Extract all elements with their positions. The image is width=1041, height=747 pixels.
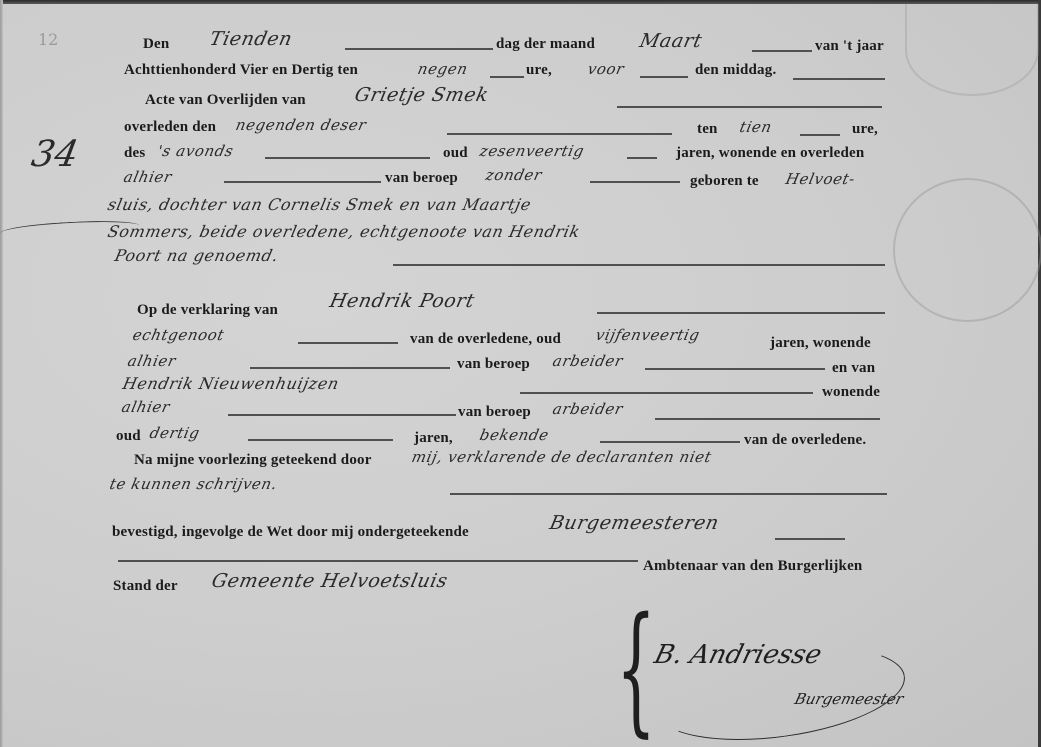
fill-line xyxy=(800,134,840,136)
entry-death-date: negenden deser xyxy=(234,116,368,134)
entry-residence: alhier xyxy=(122,168,174,186)
label-wonende: wonende xyxy=(822,384,880,401)
margin-faint-mark: 12 xyxy=(38,30,58,49)
label-jaren-2: jaren, xyxy=(414,430,453,447)
entry-time-of-day: voor xyxy=(586,60,626,78)
label-van-beroep: van beroep xyxy=(385,170,458,187)
fill-line xyxy=(248,439,393,441)
fill-line xyxy=(617,106,882,108)
label-ure-2: ure, xyxy=(852,121,878,138)
entry-occupation: zonder xyxy=(484,166,544,184)
entry-declarant-1-age: vijfenveertig xyxy=(594,326,701,344)
entry-hour: negen xyxy=(416,60,470,78)
scanned-death-record: 12 34 Den Tienden dag der maand Maart va… xyxy=(0,0,1041,747)
label-den-middag: den middag. xyxy=(695,62,776,79)
entry-day: Tienden xyxy=(208,28,295,50)
fill-line xyxy=(224,181,381,183)
label-van-t-jaar: van 't jaar xyxy=(815,38,884,55)
fill-line xyxy=(752,50,812,52)
fill-line xyxy=(600,441,740,443)
label-ambtenaar: Ambtenaar van den Burgerlijken xyxy=(643,558,862,575)
entry-declarant-2-age: dertig xyxy=(148,424,202,442)
entry-declarant-2-occupation: arbeider xyxy=(551,400,625,418)
fill-line xyxy=(490,76,524,78)
fill-line xyxy=(447,133,672,135)
entry-declarant-1-residence: alhier xyxy=(126,352,178,370)
entry-declarant-2-name: Hendrik Nieuwenhuijzen xyxy=(121,374,341,393)
label-ten: ten xyxy=(697,121,718,138)
label-jaren-wonende-overleden: jaren, wonende en overleden xyxy=(676,145,864,162)
label-bevestigd: bevestigd, ingevolge de Wet door mij ond… xyxy=(112,524,469,541)
entry-line-1: sluis, dochter van Cornelis Smek en van … xyxy=(106,195,533,214)
label-des: des xyxy=(124,145,145,162)
entry-month: Maart xyxy=(638,30,705,52)
label-geboren-te: geboren te xyxy=(690,173,759,190)
label-jaren-wonende: jaren, wonende xyxy=(770,335,871,352)
entry-declarant-2-relation: bekende xyxy=(478,426,551,444)
scan-left-edge xyxy=(0,0,3,747)
entry-birthplace: Helvoet- xyxy=(784,170,857,188)
entry-signed-by-2: te kunnen schrijven. xyxy=(108,475,279,493)
entry-municipality: Gemeente Helvoetsluis xyxy=(210,570,450,592)
label-na-mijne: Na mijne voorlezing geteekend door xyxy=(134,452,372,469)
label-op-de-verklaring: Op de verklaring van xyxy=(137,302,278,319)
label-dag-der-maand: dag der maand xyxy=(496,36,595,53)
label-ure: ure, xyxy=(526,62,552,79)
fill-line xyxy=(265,157,430,159)
fill-line xyxy=(640,76,688,78)
entry-death-hour: tien xyxy=(738,118,774,136)
entry-part-of-day: 's avonds xyxy=(156,142,235,160)
label-en-van: en van xyxy=(832,360,875,377)
fill-line xyxy=(590,181,680,183)
label-stand-der: Stand der xyxy=(113,578,178,595)
register-number: 34 xyxy=(28,134,81,175)
label-den: Den xyxy=(143,36,169,53)
label-van-de-overledene: van de overledene. xyxy=(744,432,866,449)
scan-top-edge xyxy=(0,0,1041,4)
entry-line-2: Sommers, beide overledene, echtgenoote v… xyxy=(106,222,582,241)
fill-line xyxy=(250,367,450,369)
faint-seal-stamp xyxy=(893,178,1041,322)
entry-declarant-1-relation: echtgenoot xyxy=(131,326,226,344)
entry-declarant-1-occupation: arbeider xyxy=(551,352,625,370)
faint-seal-stamp-top xyxy=(905,4,1039,96)
fill-line xyxy=(118,560,638,562)
label-oud: oud xyxy=(443,145,468,162)
label-van-beroep-2: van beroep xyxy=(457,356,530,373)
fill-line xyxy=(597,312,885,314)
signature-brace: { xyxy=(616,600,656,740)
fill-line xyxy=(775,538,845,540)
entry-declarant-1-name: Hendrik Poort xyxy=(328,290,477,312)
label-van-beroep-3: van beroep xyxy=(458,404,531,421)
entry-signed-by: mij, verklarende de declaranten niet xyxy=(410,448,713,466)
fill-line xyxy=(655,418,880,420)
fill-line xyxy=(450,493,887,495)
fill-line xyxy=(645,368,825,370)
fill-line xyxy=(627,157,657,159)
fill-line xyxy=(393,264,885,266)
entry-deceased-name: Grietje Smek xyxy=(353,84,491,106)
fill-line xyxy=(520,392,813,394)
entry-official-title: Burgemeesteren xyxy=(548,512,721,534)
fill-line xyxy=(793,78,885,80)
entry-declarant-2-residence: alhier xyxy=(120,398,172,416)
fill-line xyxy=(345,48,493,50)
label-oud-2: oud xyxy=(116,428,141,445)
entry-age: zesenveertig xyxy=(478,142,586,160)
label-year: Achttienhonderd Vier en Dertig ten xyxy=(124,62,358,79)
label-overleden-den: overleden den xyxy=(124,119,216,136)
label-acte-van: Acte van Overlijden van xyxy=(145,92,306,109)
fill-line xyxy=(298,342,398,344)
label-van-de-overledene-oud: van de overledene, oud xyxy=(410,331,561,348)
entry-line-3: Poort na genoemd. xyxy=(113,246,280,265)
fill-line xyxy=(228,414,456,416)
